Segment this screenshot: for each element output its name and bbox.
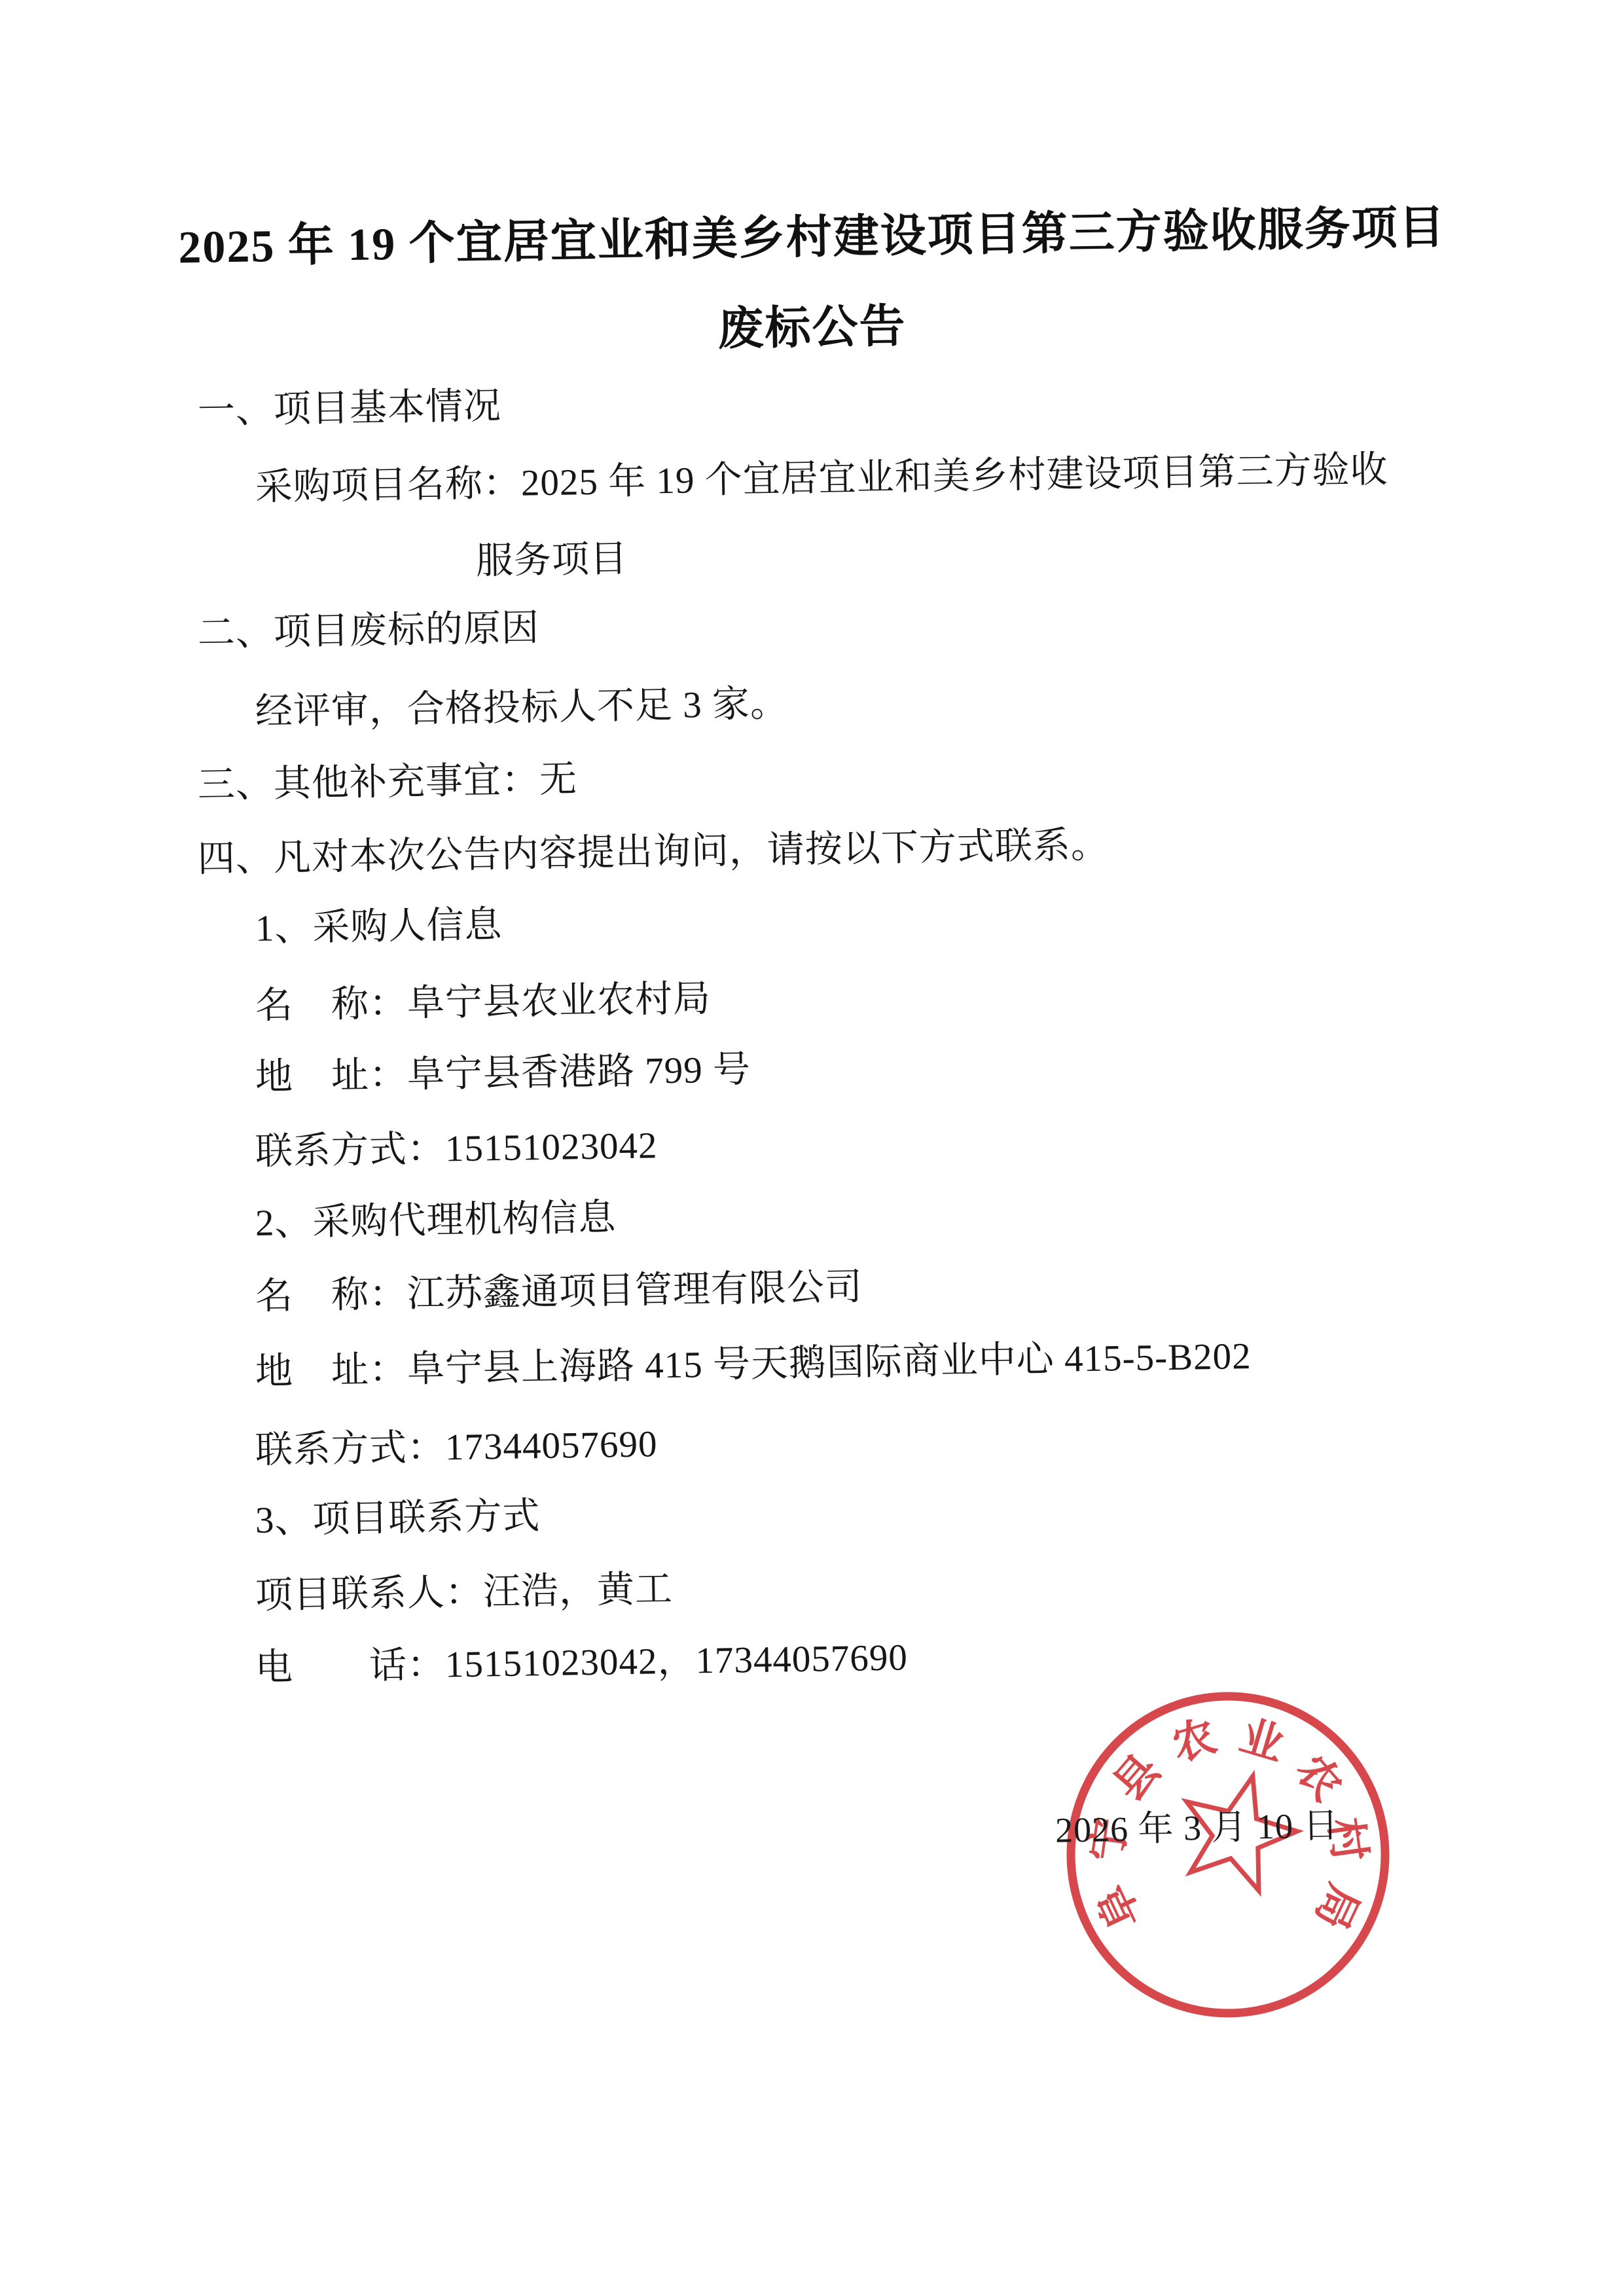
agency-contact: 联系方式：17344057690 <box>255 1421 658 1474</box>
section-4-heading: 四、凡对本次公告内容提出询问，请按以下方式联系。 <box>197 822 1109 883</box>
document-date: 2026 年 3 月 10 日 <box>1055 1802 1339 1853</box>
stamp-character: 阜 <box>1089 1877 1150 1937</box>
section-1-heading: 一、项目基本情况 <box>197 384 501 434</box>
scanned-document-page: 2025 年 19 个宜居宜业和美乡村建设项目第三方验收服务项目 废标公告 一、… <box>0 0 1624 2296</box>
bid-failure-reason: 经评审，合格投标人不足 3 家。 <box>255 681 788 735</box>
agency-name: 名 称：江苏鑫通项目管理有限公司 <box>255 1264 863 1320</box>
purchase-project-name-line-2: 服务项目 <box>475 536 628 585</box>
purchase-project-name-line-1: 采购项目名称：2025 年 19 个宜居宜业和美乡村建设项目第三方验收 <box>255 447 1388 511</box>
project-contact-heading: 3、项目联系方式 <box>255 1493 541 1544</box>
section-2-heading: 二、项目废标的原因 <box>197 606 539 657</box>
purchaser-address: 地 址：阜宁县香港路 799 号 <box>255 1047 751 1101</box>
stamp-character: 局 <box>1306 1877 1367 1937</box>
purchaser-info-heading: 1、采购人信息 <box>255 902 503 952</box>
stamp-character: 业 <box>1235 1712 1290 1770</box>
stamp-character: 县 <box>1105 1746 1169 1810</box>
official-stamp: 阜宁县农业农村局 <box>1058 1685 1398 2025</box>
purchaser-name: 名 称：阜宁县农业农村局 <box>255 976 711 1029</box>
stamp-character: 农 <box>1166 1712 1221 1770</box>
document-title-line-2: 废标公告 <box>0 286 1624 372</box>
purchaser-contact: 联系方式：15151023042 <box>255 1123 658 1175</box>
stamp-character: 农 <box>1287 1746 1351 1810</box>
section-3-heading: 三、其他补充事宜：无 <box>197 757 577 809</box>
agency-address: 地 址：阜宁县上海路 415 号天鹅国际商业中心 415-5-B202 <box>255 1334 1252 1395</box>
agency-info-heading: 2、采购代理机构信息 <box>255 1195 617 1247</box>
project-contact-phone: 电 话：15151023042，17344057690 <box>255 1635 908 1691</box>
document-title-line-1: 2025 年 19 个宜居宜业和美乡村建设项目第三方验收服务项目 <box>0 196 1624 282</box>
project-contact-person: 项目联系人：汪浩，黄工 <box>255 1567 673 1619</box>
